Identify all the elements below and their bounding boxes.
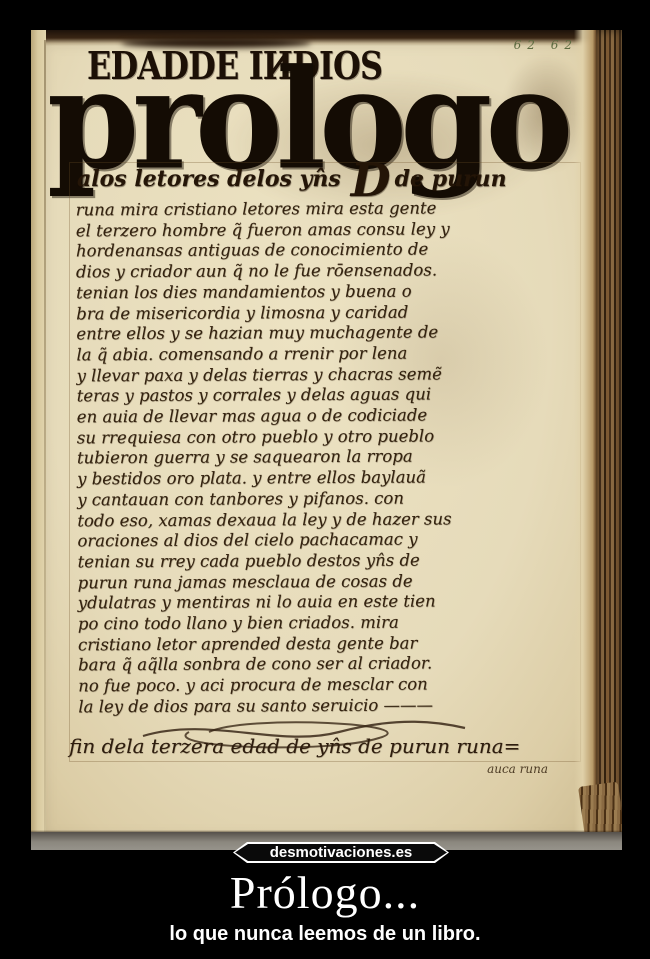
manuscript-line: la q̃ abia. comensando a rrenir por lena xyxy=(76,343,581,366)
opening-line-tail: de purun xyxy=(395,166,507,192)
manuscript-line: teras y pastos y corrales y delas aguas … xyxy=(77,384,582,407)
caption-title: Prólogo... xyxy=(0,870,650,916)
book-fore-edge xyxy=(596,30,622,850)
manuscript-line: bara q̃ aq̃lla sonbra de cono ser al cri… xyxy=(78,653,583,676)
manuscript-line: no fue poco. y aci procura de mesclar co… xyxy=(78,674,583,697)
caption-subtitle: lo que nunca leemos de un libro. xyxy=(0,922,650,946)
watermark-label: desmotivaciones.es xyxy=(270,844,413,861)
manuscript-line: oraciones al dios del cielo pachacamac y xyxy=(77,529,582,552)
poster-canvas: 62 62 EDADDE IИDIOS prologo alos letores… xyxy=(0,0,650,959)
page-fold-crease xyxy=(44,40,46,844)
manuscript-line: el terzero hombre q̃ fueron amas consu l… xyxy=(76,218,581,241)
manuscript-line: en auia de llevar mas agua o de codiciad… xyxy=(77,405,582,428)
manuscript-line: tubieron guerra y se saquearon la rropa xyxy=(77,446,582,469)
manuscript-line: y bestidos oro plata. y entre ellos bayl… xyxy=(77,467,582,490)
manuscript-line: y cantauan con tanbores y pifanos. con xyxy=(77,488,582,511)
manuscript-line: bra de misericordia y limosna y caridad xyxy=(76,301,581,324)
manuscript-line: entre ellos y se hazian muy muchagente d… xyxy=(76,322,581,345)
manuscript-line: runa mira cristiano letores mira esta ge… xyxy=(76,198,581,221)
manuscript-line: tenian los dies mandamientos y buena o xyxy=(76,280,581,303)
manuscript-line: ydulatras y mentiras ni lo auia en este … xyxy=(78,591,583,614)
manuscript-line: y llevar paxa y delas tierras y chacras … xyxy=(77,363,582,386)
manuscript-line: dios y criador aun q̃ no le fue rōensena… xyxy=(76,260,581,283)
manuscript-line: hordenansas antiguas de conocimiento de xyxy=(76,239,581,262)
watermark-ribbon-body: desmotivaciones.es xyxy=(235,844,447,861)
manuscript-line: todo eso, xamas dexaua la ley y de hazer… xyxy=(77,508,582,531)
opening-line-text: alos letores delos yn̂s xyxy=(77,166,341,192)
manuscript-corner-note: auca runa xyxy=(487,762,548,776)
manuscript-closing-line: fin dela terzera edad de yn̂s de purun r… xyxy=(69,734,520,758)
manuscript-line: cristiano letor aprended desta gente bar xyxy=(78,632,583,655)
manuscript-line: purun runa jamas mesclaua de cosas de xyxy=(78,570,583,593)
manuscript-line: su rrequiesa con otro pueblo y otro pueb… xyxy=(77,425,582,448)
manuscript-line: po cino todo llano y bien criados. mira xyxy=(78,612,583,635)
watermark-ribbon: desmotivaciones.es xyxy=(233,842,449,863)
manuscript-line: tenian su rrey cada pueblo destos yn̂s d… xyxy=(77,550,582,573)
manuscript-text-block: runa mira cristiano letores mira esta ge… xyxy=(76,198,584,718)
manuscript-photo: 62 62 EDADDE IИDIOS prologo alos letores… xyxy=(31,30,622,850)
manuscript-opening-line: alos letores delos yn̂sDde purun xyxy=(77,166,507,192)
page-curl-highlight xyxy=(574,30,596,850)
